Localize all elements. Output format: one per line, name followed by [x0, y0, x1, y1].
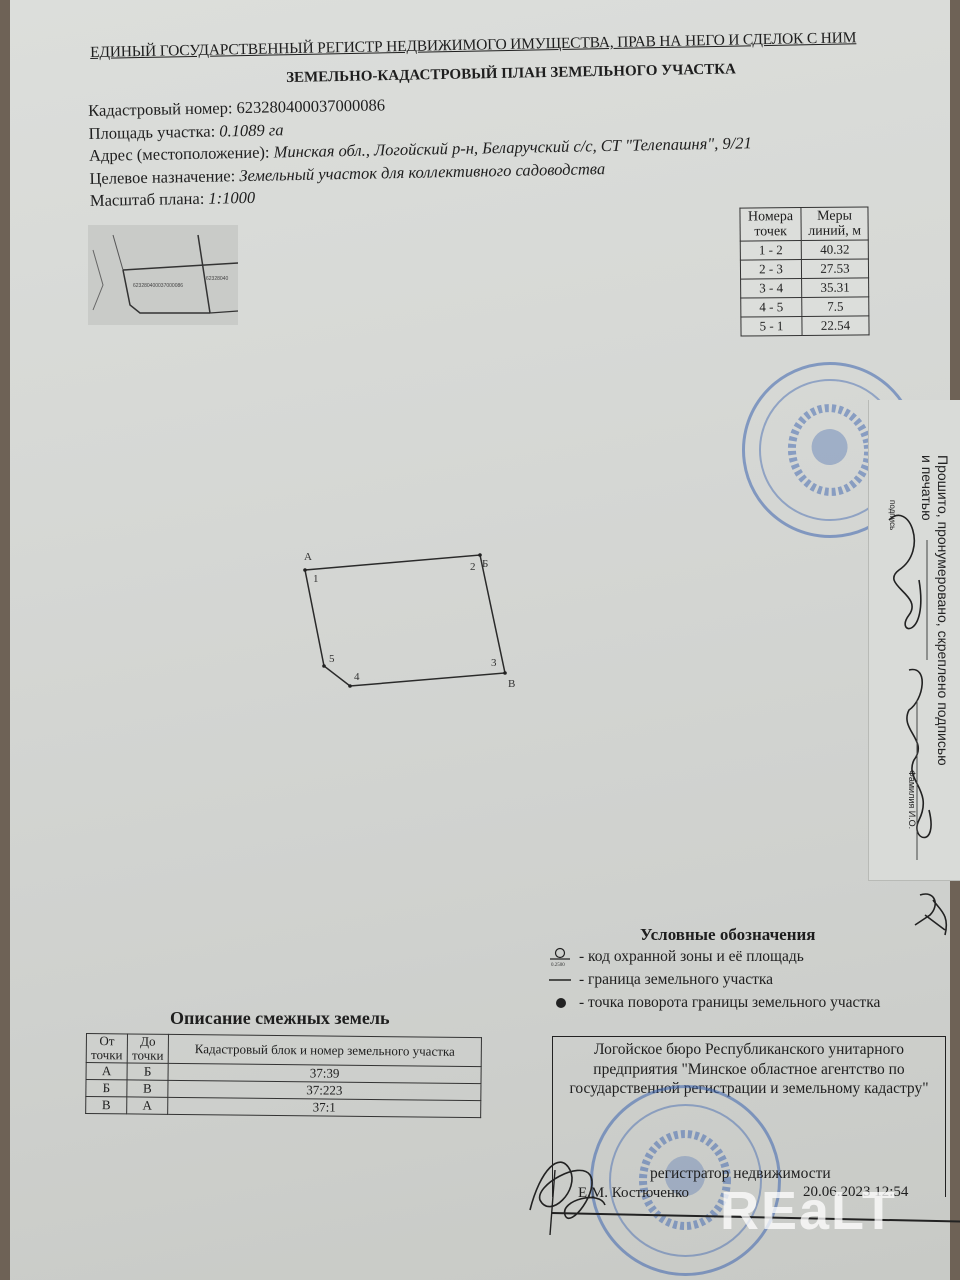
line-lengths-table: Номера точек Меры линий, м 1 - 240.32 2 …: [739, 206, 869, 336]
svg-text:Б: Б: [482, 558, 488, 570]
protection-zone-icon: 0.2500: [545, 947, 575, 967]
parcel-info: Кадастровый номер: 623280400037000086 Пл…: [88, 87, 753, 212]
adjacent-lands-title: Описание смежных земель: [170, 1008, 390, 1029]
location-minimap: 623280400037000086 62328040: [88, 225, 238, 325]
binding-flap: Прошито, пронумеровано, скреплено подпис…: [868, 400, 960, 881]
legend-item: - граница земельного участка: [545, 968, 880, 991]
col-to-header: До точки: [127, 1034, 168, 1063]
parcel-plot: А Б В 1 2 3 4 5: [290, 545, 530, 695]
svg-text:2: 2: [470, 561, 476, 573]
svg-text:623280400037000086: 623280400037000086: [133, 283, 183, 289]
table-row: 3 - 435.31: [741, 278, 869, 298]
col-block-header: Кадастровый блок и номер земельного учас…: [168, 1034, 481, 1066]
area-value: 0.1089 га: [219, 120, 284, 140]
scale-value: 1:1000: [208, 188, 255, 208]
legend-title: Условные обозначения: [640, 925, 880, 945]
turn-point-icon: [545, 996, 575, 1010]
legend-item: 0.2500 - код охранной зоны и её площадь: [545, 945, 880, 968]
table-row: 2 - 327.53: [740, 259, 868, 279]
address-label: Адрес (местоположение):: [89, 143, 270, 165]
svg-text:4: 4: [354, 671, 360, 683]
legend: Условные обозначения 0.2500 - код охранн…: [545, 925, 880, 1014]
svg-text:1: 1: [313, 573, 319, 585]
registrar-signature-icon: [510, 1130, 620, 1240]
scale-label: Масштаб плана:: [90, 189, 205, 210]
table-row: 4 - 57.5: [741, 297, 869, 317]
area-label: Площадь участка:: [88, 121, 215, 142]
legend-item: - точка поворота границы земельного учас…: [545, 991, 880, 1014]
col-from-header: От точки: [86, 1034, 127, 1063]
boundary-line-icon: [545, 975, 575, 985]
col-length-header: Меры линий, м: [801, 207, 868, 241]
table-row: 1 - 240.32: [740, 240, 868, 260]
table-row: 5 - 122.54: [741, 316, 869, 336]
handwritten-signature-icon: [869, 400, 960, 880]
svg-text:5: 5: [329, 653, 335, 665]
parcel-boundary: [305, 555, 505, 686]
svg-text:0.2500: 0.2500: [551, 963, 565, 967]
cadastral-number-label: Кадастровый номер:: [88, 98, 233, 120]
svg-text:62328040: 62328040: [206, 276, 228, 282]
table-row: ВА37:1: [86, 1097, 481, 1118]
handwritten-number-icon: [905, 885, 955, 945]
svg-text:А: А: [304, 551, 312, 563]
cadastral-number-value: 623280400037000086: [236, 95, 385, 117]
realt-watermark: REaLT: [720, 1180, 897, 1242]
col-points-header: Номера точек: [740, 208, 801, 242]
adjacent-lands-table: От точки До точки Кадастровый блок и ном…: [85, 1033, 482, 1118]
svg-text:В: В: [508, 678, 515, 690]
purpose-label: Целевое назначение:: [89, 166, 235, 188]
svg-text:3: 3: [491, 657, 497, 669]
